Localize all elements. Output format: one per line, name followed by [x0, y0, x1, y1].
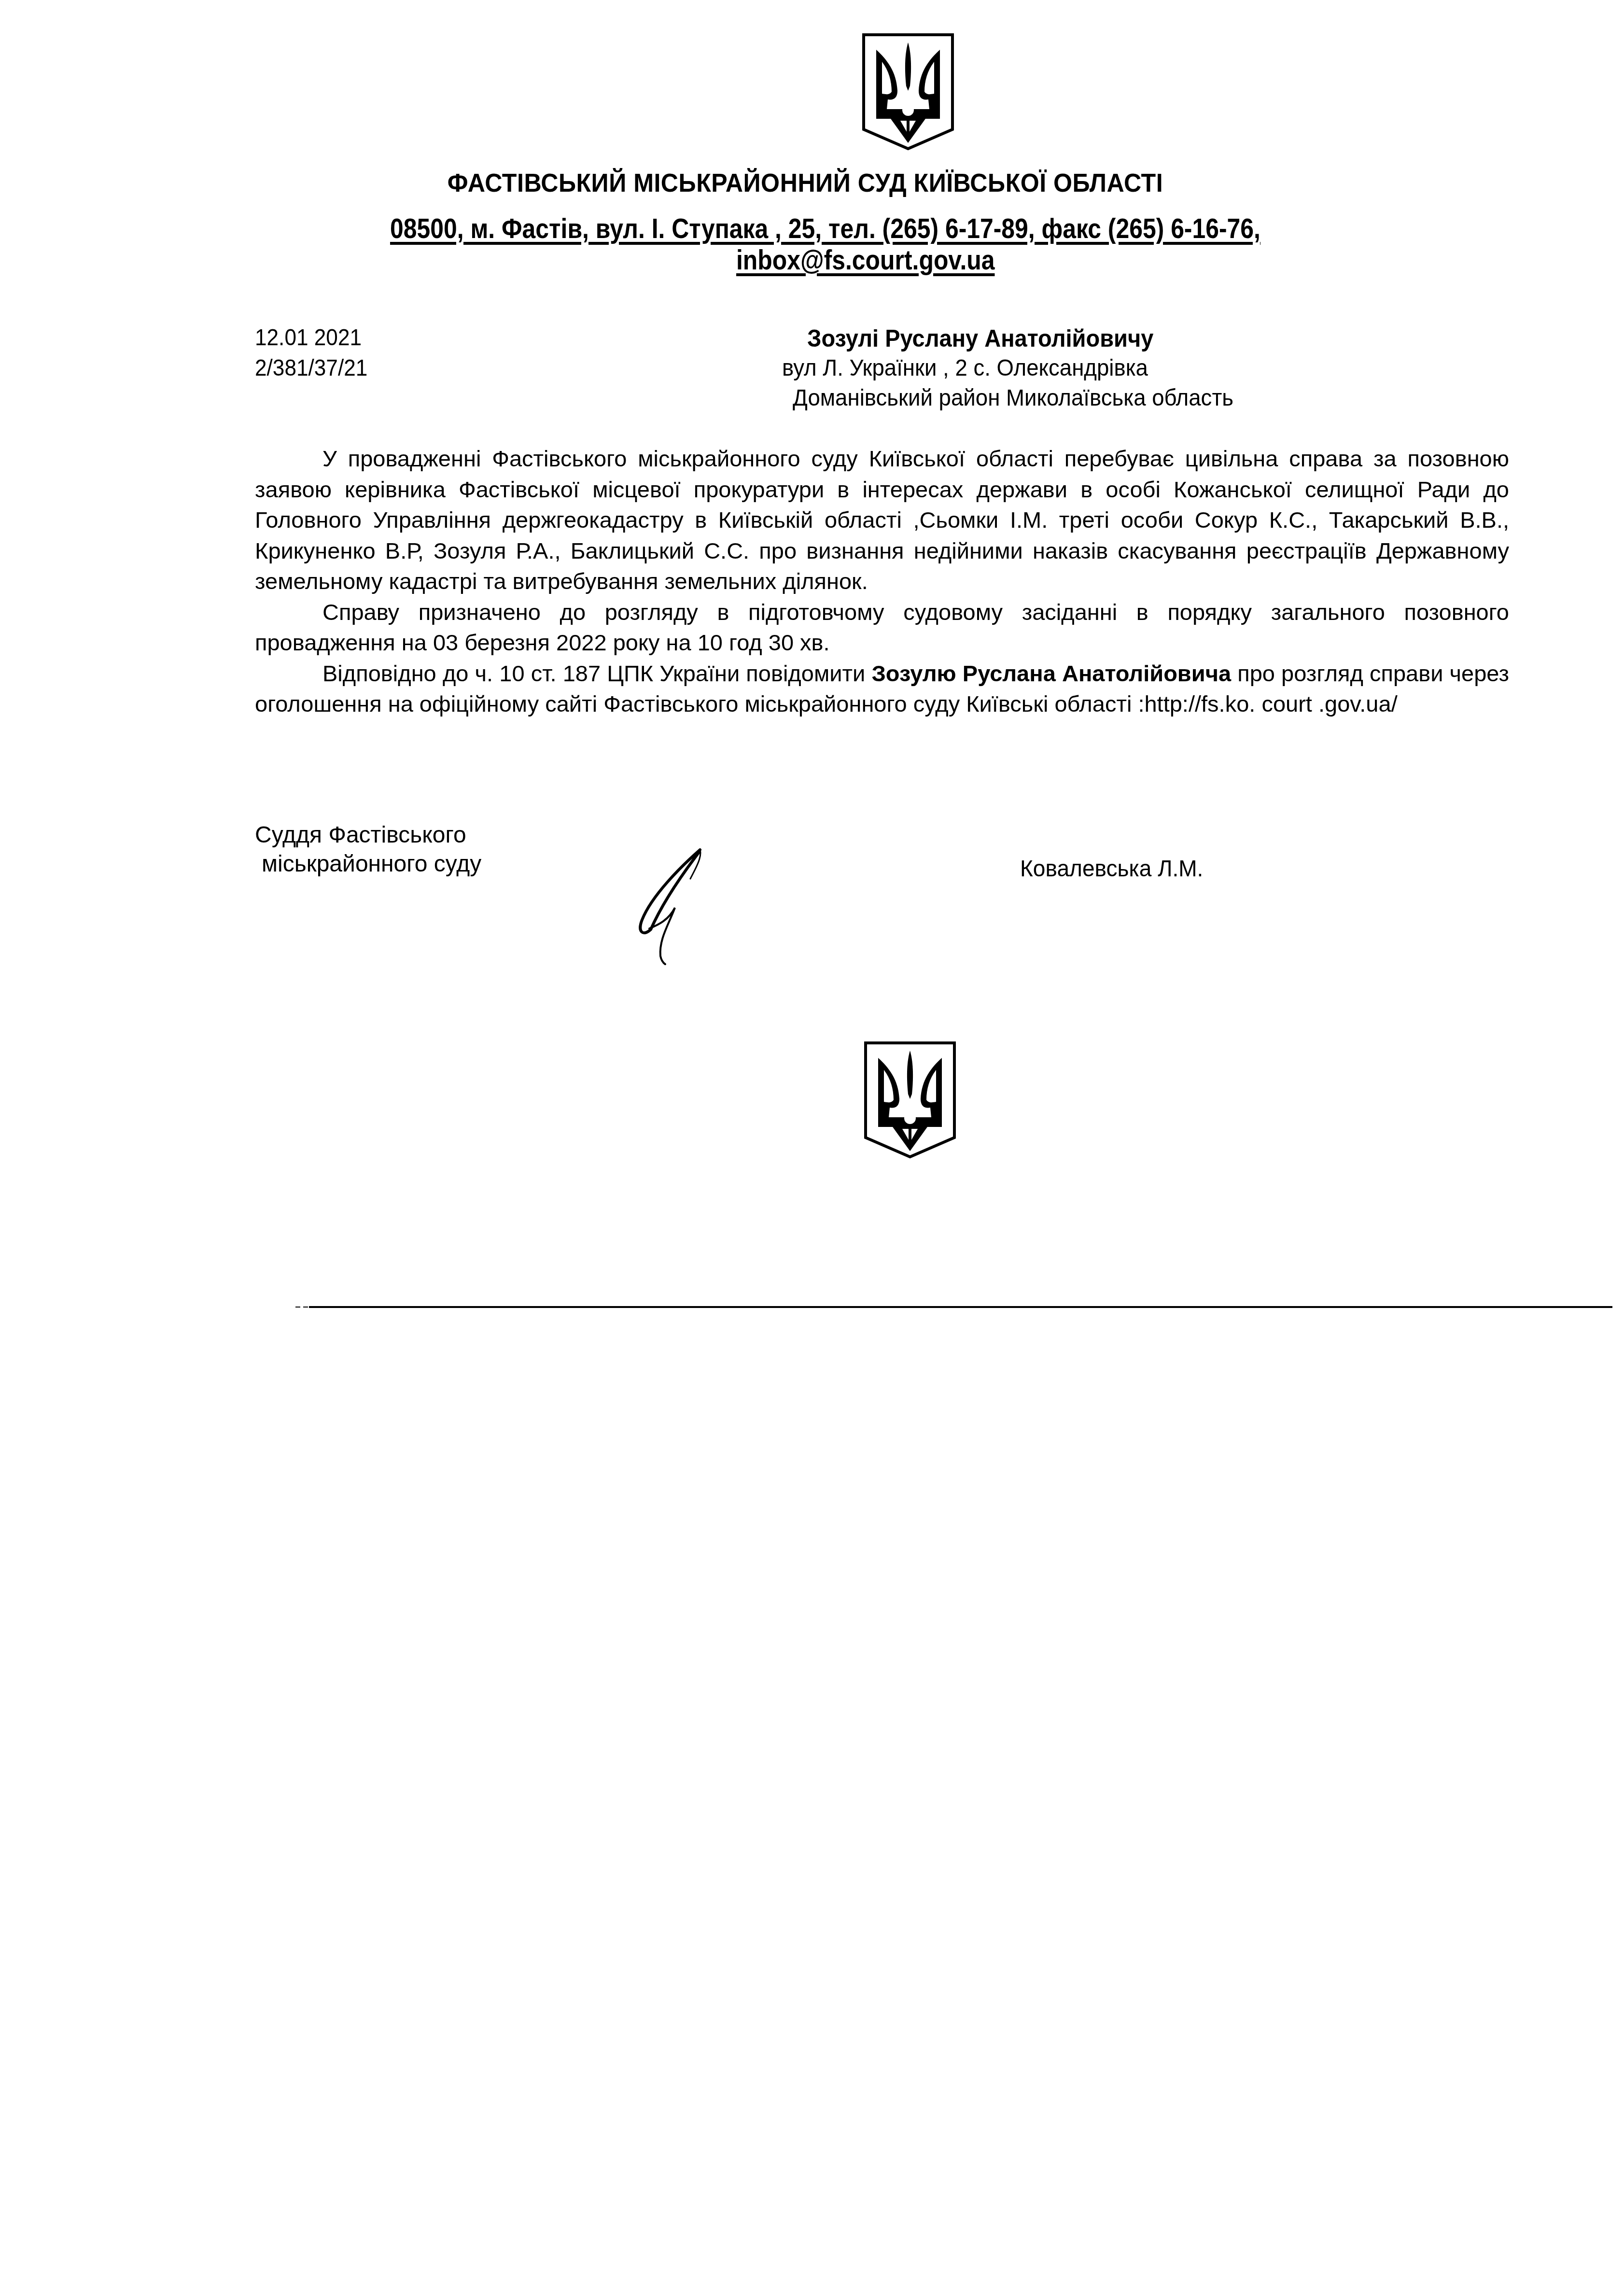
- reference-number: 2/381/37/21: [255, 355, 367, 381]
- recipient-street: вул Л. Українки , 2 с. Олександрівка: [782, 355, 1148, 381]
- horizontal-divider: [309, 1306, 1612, 1308]
- judge-title-line-2: міськрайонного суду: [255, 850, 545, 879]
- judge-title-line-1: Суддя Фастівського: [255, 821, 545, 850]
- coat-of-arms-icon: [862, 33, 954, 151]
- coat-of-arms-icon-footer: [864, 1041, 956, 1159]
- notification-prefix: Відповідно до ч. 10 ст. 187 ЦПК України …: [322, 661, 871, 686]
- court-email: inbox@fs.court.gov.ua: [736, 244, 994, 276]
- paragraph-hearing-schedule: Справу призначено до розгляду в підготов…: [255, 597, 1509, 658]
- court-name-heading: ФАСТІВСЬКИЙ МІСЬКРАЙОННИЙ СУД КИЇВСЬКОЇ …: [0, 168, 1624, 198]
- judge-name: Ковалевська Л.М.: [1020, 856, 1203, 882]
- recipient-name: Зозулі Руслану Анатолійовичу: [807, 324, 1153, 352]
- notified-person-name: Зозулю Руслана Анатолійовича: [871, 661, 1231, 686]
- paragraph-case-description: У провадженні Фастівського міськрайонног…: [255, 443, 1509, 597]
- recipient-district: Доманівський район Миколаївська область: [793, 385, 1233, 411]
- judge-title: Суддя Фастівського міськрайонного суду: [255, 821, 545, 879]
- handwritten-signature-icon: [623, 843, 714, 968]
- letter-body: У провадженні Фастівського міськрайонног…: [255, 443, 1509, 719]
- letter-date: 12.01 2021: [255, 324, 362, 351]
- court-address-line: 08500, м. Фастів, вул. І. Ступака , 25, …: [390, 212, 1260, 245]
- paragraph-notification: Відповідно до ч. 10 ст. 187 ЦПК України …: [255, 658, 1509, 719]
